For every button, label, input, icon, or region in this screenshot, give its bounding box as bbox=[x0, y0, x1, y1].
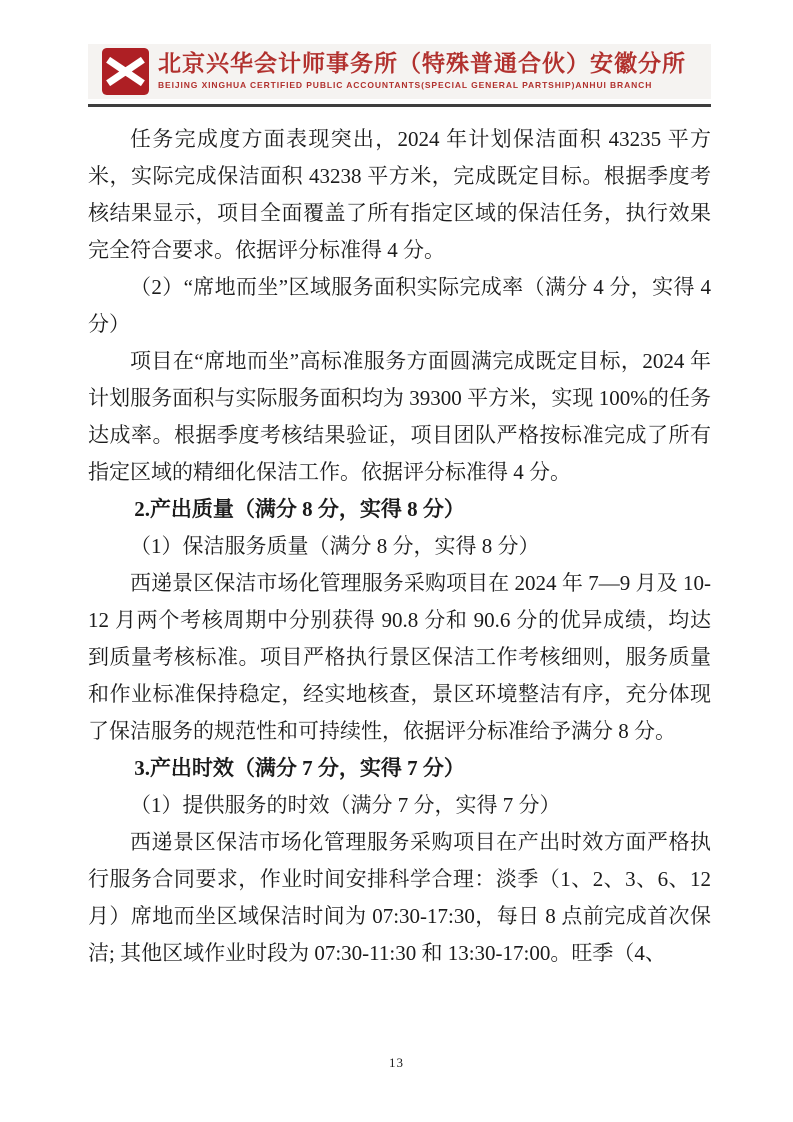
section-heading-output-quality: 2.产出质量（满分 8 分，实得 8 分） bbox=[88, 491, 711, 528]
document-page: 北京兴华会计师事务所（特殊普通合伙）安徽分所 BEIJING XINGHUA C… bbox=[0, 0, 793, 1122]
company-name-en: BEIJING XINGHUA CERTIFIED PUBLIC ACCOUNT… bbox=[158, 79, 686, 91]
page-footer: 13 bbox=[0, 1054, 793, 1072]
paragraph-item2-detail: 项目在“席地而坐”高标准服务方面圆满完成既定目标，2024 年计划服务面积与实际… bbox=[88, 343, 711, 491]
paragraph-quality-title: （1）保洁服务质量（满分 8 分，实得 8 分） bbox=[88, 528, 711, 565]
paragraph-item2-title: （2）“席地而坐”区域服务面积实际完成率（满分 4 分，实得 4 分） bbox=[88, 269, 711, 343]
section-heading-output-timeliness: 3.产出时效（满分 7 分，实得 7 分） bbox=[88, 750, 711, 787]
paragraph-timeliness-detail: 西递景区保洁市场化管理服务采购项目在产出时效方面严格执行服务合同要求，作业时间安… bbox=[88, 824, 711, 972]
paragraph-timeliness-title: （1）提供服务的时效（满分 7 分，实得 7 分） bbox=[88, 787, 711, 824]
letterhead: 北京兴华会计师事务所（特殊普通合伙）安徽分所 BEIJING XINGHUA C… bbox=[88, 44, 711, 107]
page-number: 13 bbox=[389, 1055, 404, 1070]
company-logo-icon bbox=[102, 48, 149, 95]
header-divider bbox=[88, 104, 711, 107]
letterhead-band: 北京兴华会计师事务所（特殊普通合伙）安徽分所 BEIJING XINGHUA C… bbox=[88, 44, 711, 99]
paragraph-task-completion: 任务完成度方面表现突出，2024 年计划保洁面积 43235 平方米，实际完成保… bbox=[88, 121, 711, 269]
letterhead-titles: 北京兴华会计师事务所（特殊普通合伙）安徽分所 BEIJING XINGHUA C… bbox=[158, 47, 686, 91]
document-body: 任务完成度方面表现突出，2024 年计划保洁面积 43235 平方米，实际完成保… bbox=[88, 121, 711, 972]
paragraph-quality-detail: 西递景区保洁市场化管理服务采购项目在 2024 年 7—9 月及 10-12 月… bbox=[88, 565, 711, 750]
company-name-cn: 北京兴华会计师事务所（特殊普通合伙）安徽分所 bbox=[158, 49, 686, 77]
